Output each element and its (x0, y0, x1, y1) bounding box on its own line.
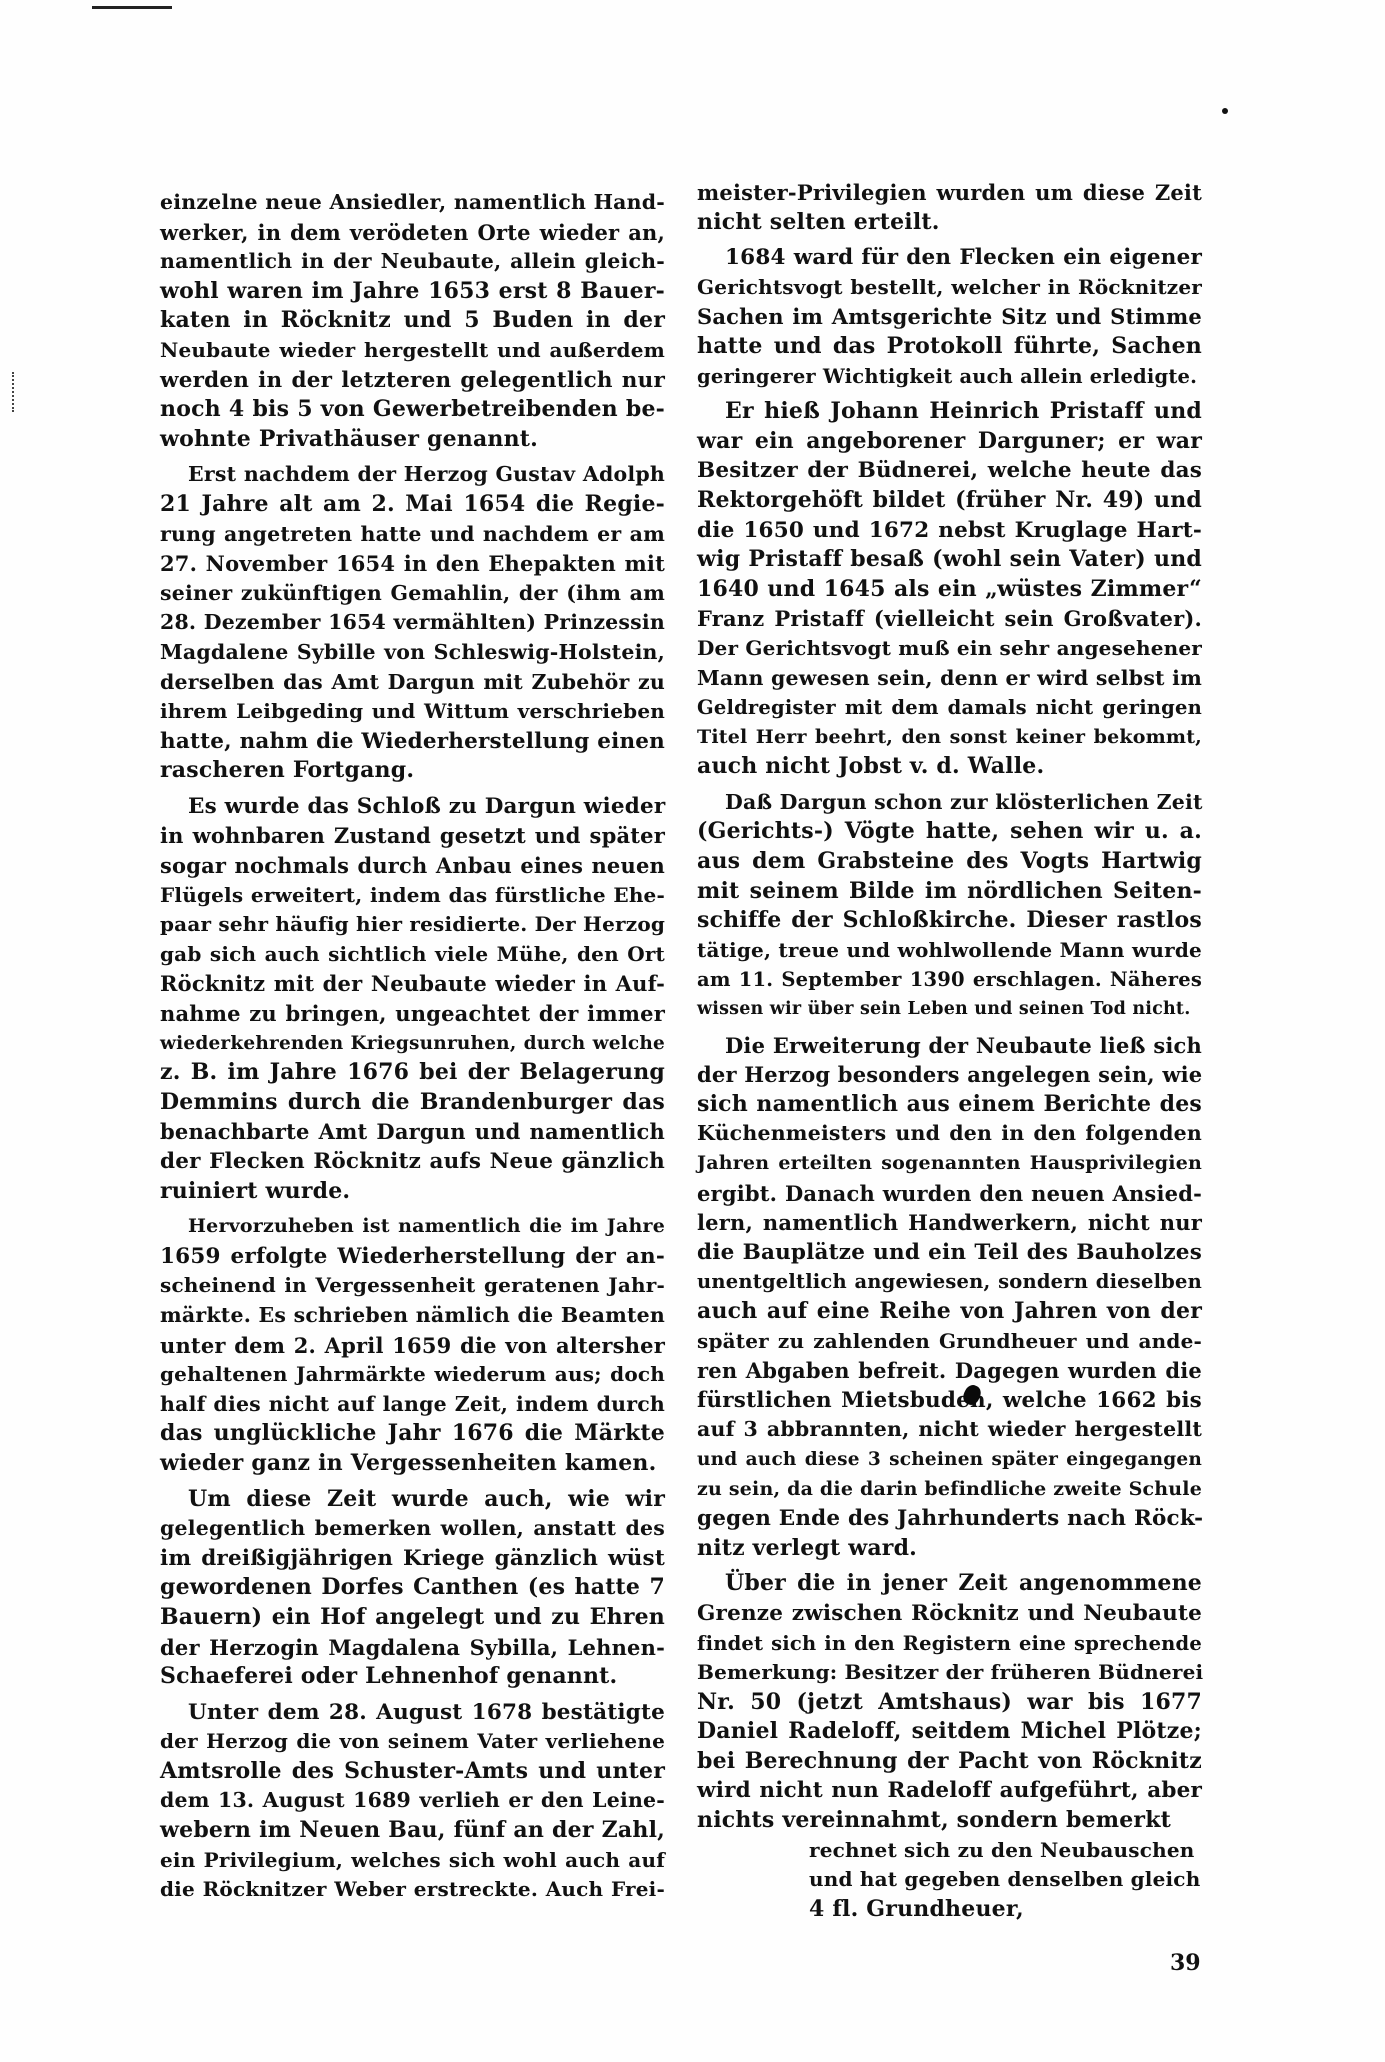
text-line: Franz Pristaff (vielleicht sein Großvate… (697, 604, 1202, 634)
text-line: fürstlichen Mietsbuden, welche 1662 bis (697, 1386, 1202, 1416)
text-line: auf 3 abbrannten, nicht wieder hergestel… (697, 1415, 1202, 1445)
text-line: im dreißigjährigen Kriege gänzlich wüst (160, 1544, 665, 1574)
text-line: wieder ganz in Vergessenheiten kamen. (160, 1449, 665, 1479)
paragraph: Es wurde das Schloß zu Dargun wiederin w… (160, 792, 665, 1206)
paragraph: einzelne neue Ansiedler, namentlich Hand… (160, 188, 665, 454)
text-line: auch auf eine Reihe von Jahren von der (697, 1297, 1202, 1327)
text-line: Nr. 50 (jetzt Amtshaus) war bis 1677 (697, 1688, 1202, 1718)
text-line: benachbarte Amt Dargun und namentlich (160, 1117, 665, 1147)
text-line: Neubaute wieder hergestellt und außerdem (160, 336, 665, 366)
text-line: Daniel Radeloff, seitdem Michel Plötze; (697, 1717, 1202, 1747)
right-column: meister-Privilegien wurden um diese Zeit… (697, 178, 1202, 1924)
text-line: Besitzer der Büdnerei, welche heute das (697, 456, 1202, 486)
text-line: unter dem 2. April 1659 die von altershe… (160, 1331, 665, 1361)
quote-line: rechnet sich zu den Neubauschen (697, 1836, 1202, 1866)
text-line: gelegentlich bemerken wollen, anstatt de… (160, 1514, 665, 1544)
text-line: derselben das Amt Dargun mit Zubehör zu (160, 668, 665, 698)
text-line: gab sich auch sichtlich viele Mühe, den … (160, 940, 665, 970)
scan-artifact-margin (12, 372, 16, 412)
text-line: Gerichtsvogt bestellt, welcher in Röckni… (697, 273, 1202, 303)
text-line: namentlich in der Neubaute, allein gleic… (160, 247, 665, 277)
text-line: der Herzog die von seinem Vater verliehe… (160, 1727, 665, 1757)
text-line: Er hieß Johann Heinrich Pristaff und (697, 397, 1202, 427)
scan-artifact-dot (1222, 108, 1228, 114)
text-line: lern, namentlich Handwerkern, nicht nur (697, 1208, 1202, 1238)
text-line: Um diese Zeit wurde auch, wie wir (160, 1485, 665, 1515)
text-line: die 1650 und 1672 nebst Kruglage Hart- (697, 516, 1202, 546)
quote-line: 4 fl. Grundheuer, (697, 1895, 1202, 1925)
text-line: wird nicht nun Radeloff aufgeführt, aber (697, 1776, 1202, 1806)
page-number: 39 (1170, 1950, 1201, 1976)
text-line: Flügels erweitert, indem das fürstliche … (160, 881, 665, 911)
text-line: 28. Dezember 1654 vermählten) Prinzessin (160, 608, 665, 638)
text-line: später zu zahlenden Grundheuer und ande- (697, 1327, 1202, 1357)
text-line: scheinend in Vergessenheit geratenen Jah… (160, 1271, 665, 1301)
text-line: wohnte Privathäuser genannt. (160, 425, 665, 455)
text-line: und auch diese 3 scheinen später eingega… (697, 1445, 1202, 1475)
text-line: Rektorgehöft bildet (früher Nr. 49) und (697, 486, 1202, 516)
text-line: Röcknitz mit der Neubaute wieder in Auf- (160, 969, 665, 999)
text-line: 27. November 1654 in den Ehepakten mit (160, 549, 665, 579)
text-line: schiffe der Schloßkirche. Dieser rastlos (697, 906, 1202, 936)
text-line: z. B. im Jahre 1676 bei der Belagerung (160, 1058, 665, 1088)
text-line: Bauern) ein Hof angelegt und zu Ehren (160, 1603, 665, 1633)
text-line: ren Abgaben befreit. Dagegen wurden die (697, 1356, 1202, 1386)
text-line: nahme zu bringen, ungeachtet der immer (160, 999, 665, 1029)
text-line: Bemerkung: Besitzer der früheren Büdnere… (697, 1658, 1202, 1688)
text-line: Über die in jener Zeit angenommene (697, 1569, 1202, 1599)
text-line: webern im Neuen Bau, fünf an der Zahl, (160, 1816, 665, 1846)
text-line: wiederkehrenden Kriegsunruhen, durch wel… (160, 1029, 665, 1059)
paragraph: 1684 ward für den Flecken ein eigenerGer… (697, 243, 1202, 391)
text-line: (Gerichts-) Vögte hatte, sehen wir u. a. (697, 817, 1202, 847)
text-line: Geldregister mit dem damals nicht gering… (697, 693, 1202, 723)
text-line: die Röcknitzer Weber erstreckte. Auch Fr… (160, 1875, 665, 1905)
text-line: Es wurde das Schloß zu Dargun wieder (160, 792, 665, 822)
text-line: Magdalene Sybille von Schleswig-Holstein… (160, 638, 665, 668)
text-line: sogar nochmals durch Anbau eines neuen (160, 851, 665, 881)
text-line: ihrem Leibgeding und Wittum verschrieben (160, 697, 665, 727)
text-line: Sachen im Amtsgerichte Sitz und Stimme (697, 302, 1202, 332)
text-line: Amtsrolle des Schuster-Amts und unter (160, 1757, 665, 1787)
text-line: Schaeferei oder Lehnenhof genannt. (160, 1662, 665, 1692)
text-line: hatte und das Protokoll führte, Sachen (697, 332, 1202, 362)
text-line: nichts vereinnahmt, sondern bemerkt (697, 1806, 1202, 1836)
text-line: war ein angeborener Darguner; er war (697, 427, 1202, 457)
text-line: Der Gerichtsvogt muß ein sehr angesehene… (697, 634, 1202, 664)
text-line: der Flecken Röcknitz aufs Neue gänzlich (160, 1147, 665, 1177)
text-line: wissen wir über sein Leben und seinen To… (697, 995, 1202, 1025)
text-line: 21 Jahre alt am 2. Mai 1654 die Regie- (160, 490, 665, 520)
text-line: seiner zukünftigen Gemahlin, der (ihm am (160, 579, 665, 609)
text-line: wig Pristaff besaß (wohl sein Vater) und (697, 545, 1202, 575)
scan-artifact-top (92, 0, 172, 9)
text-line: ruiniert wurde. (160, 1177, 665, 1207)
text-line: nicht selten erteilt. (697, 208, 1202, 238)
text-line: auch nicht Jobst v. d. Walle. (697, 752, 1202, 782)
text-line: dem 13. August 1689 verlieh er den Leine… (160, 1786, 665, 1816)
text-line: Grenze zwischen Röcknitz und Neubaute (697, 1599, 1202, 1629)
text-line: in wohnbaren Zustand gesetzt und später (160, 821, 665, 851)
text-line: wohl waren im Jahre 1653 erst 8 Bauer- (160, 277, 665, 307)
paragraph: Unter dem 28. August 1678 bestätigteder … (160, 1698, 665, 1905)
text-line: Erst nachdem der Herzog Gustav Adolph (160, 460, 665, 490)
text-line: Titel Herr beehrt, den sonst keiner beko… (697, 723, 1202, 753)
text-line: 1640 und 1645 als ein „wüstes Zimmer“ (697, 575, 1202, 605)
text-line: der Herzogin Magdalena Sybilla, Lehnen- (160, 1633, 665, 1663)
text-line: bei Berechnung der Pacht von Röcknitz (697, 1747, 1202, 1777)
text-line: nitz verlegt ward. (697, 1534, 1202, 1564)
text-line: Demmins durch die Brandenburger das (160, 1088, 665, 1118)
text-line: Daß Dargun schon zur klösterlichen Zeit (697, 788, 1202, 818)
text-line: paar sehr häufig hier residierte. Der He… (160, 910, 665, 940)
text-line: rascheren Fortgang. (160, 756, 665, 786)
text-line: Mann gewesen sein, denn er wird selbst i… (697, 664, 1202, 694)
text-line: Jahren erteilten sogenannten Hausprivile… (697, 1149, 1202, 1179)
text-line: das unglückliche Jahr 1676 die Märkte (160, 1419, 665, 1449)
text-line: Die Erweiterung der Neubaute ließ sich (697, 1031, 1202, 1061)
paragraph: Er hieß Johann Heinrich Pristaff undwar … (697, 397, 1202, 782)
book-page: einzelne neue Ansiedler, namentlich Hand… (0, 0, 1385, 2062)
text-line: die Bauplätze und ein Teil des Bauholzes (697, 1238, 1202, 1268)
text-line: aus dem Grabsteine des Vogts Hartwig (697, 847, 1202, 877)
paragraph: Über die in jener Zeit angenommeneGrenze… (697, 1569, 1202, 1835)
paragraph: Die Erweiterung der Neubaute ließ sichde… (697, 1031, 1202, 1564)
text-line: Hervorzuheben ist namentlich die im Jahr… (160, 1212, 665, 1242)
text-line: sich namentlich aus einem Berichte des (697, 1090, 1202, 1120)
text-line: einzelne neue Ansiedler, namentlich Hand… (160, 188, 665, 218)
text-line: zu sein, da die darin befindliche zweite… (697, 1475, 1202, 1505)
text-line: der Herzog besonders angelegen sein, wie (697, 1060, 1202, 1090)
text-line: gewordenen Dorfes Canthen (es hatte 7 (160, 1573, 665, 1603)
quote-line: und hat gegeben denselben gleich (697, 1865, 1202, 1895)
text-line: rung angetreten hatte und nachdem er am (160, 520, 665, 550)
text-line: findet sich in den Registern eine sprech… (697, 1629, 1202, 1659)
text-line: noch 4 bis 5 von Gewerbetreibenden be- (160, 395, 665, 425)
text-line: meister-Privilegien wurden um diese Zeit (697, 178, 1202, 208)
text-line: ergibt. Danach wurden den neuen Ansied- (697, 1179, 1202, 1209)
paragraph: Um diese Zeit wurde auch, wie wirgelegen… (160, 1485, 665, 1692)
paragraph: Daß Dargun schon zur klösterlichen Zeit(… (697, 788, 1202, 1025)
text-line: Küchenmeisters und den in den folgenden (697, 1119, 1202, 1149)
text-line: tätige, treue und wohlwollende Mann wurd… (697, 936, 1202, 966)
text-line: hatte, nahm die Wiederherstellung einen (160, 727, 665, 757)
paragraph: Hervorzuheben ist namentlich die im Jahr… (160, 1212, 665, 1478)
text-line: märkte. Es schrieben nämlich die Beamten (160, 1301, 665, 1331)
block-quote: rechnet sich zu den Neubauschenund hat g… (697, 1836, 1202, 1925)
text-line: werden in der letzteren gelegentlich nur (160, 366, 665, 396)
text-line: 1684 ward für den Flecken ein eigener (697, 243, 1202, 273)
left-column: einzelne neue Ansiedler, namentlich Hand… (160, 188, 665, 1905)
text-line: geringerer Wichtigkeit auch allein erled… (697, 362, 1202, 392)
text-line: am 11. September 1390 erschlagen. Nähere… (697, 965, 1202, 995)
text-line: unentgeltlich angewiesen, sondern diesel… (697, 1267, 1202, 1297)
text-line: half dies nicht auf lange Zeit, indem du… (160, 1390, 665, 1420)
text-line: werker, in dem verödeten Orte wieder an, (160, 218, 665, 248)
paragraph: meister-Privilegien wurden um diese Zeit… (697, 178, 1202, 237)
text-line: gehaltenen Jahrmärkte wiederum aus; doch (160, 1360, 665, 1390)
text-line: gegen Ende des Jahrhunderts nach Röck- (697, 1504, 1202, 1534)
text-line: 1659 erfolgte Wiederherstellung der an- (160, 1242, 665, 1272)
text-line: Unter dem 28. August 1678 bestätigte (160, 1698, 665, 1728)
paragraph: Erst nachdem der Herzog Gustav Adolph21 … (160, 460, 665, 786)
text-line: ein Privilegium, welches sich wohl auch … (160, 1846, 665, 1876)
text-line: mit seinem Bilde im nördlichen Seiten- (697, 877, 1202, 907)
text-line: katen in Röcknitz und 5 Buden in der (160, 306, 665, 336)
